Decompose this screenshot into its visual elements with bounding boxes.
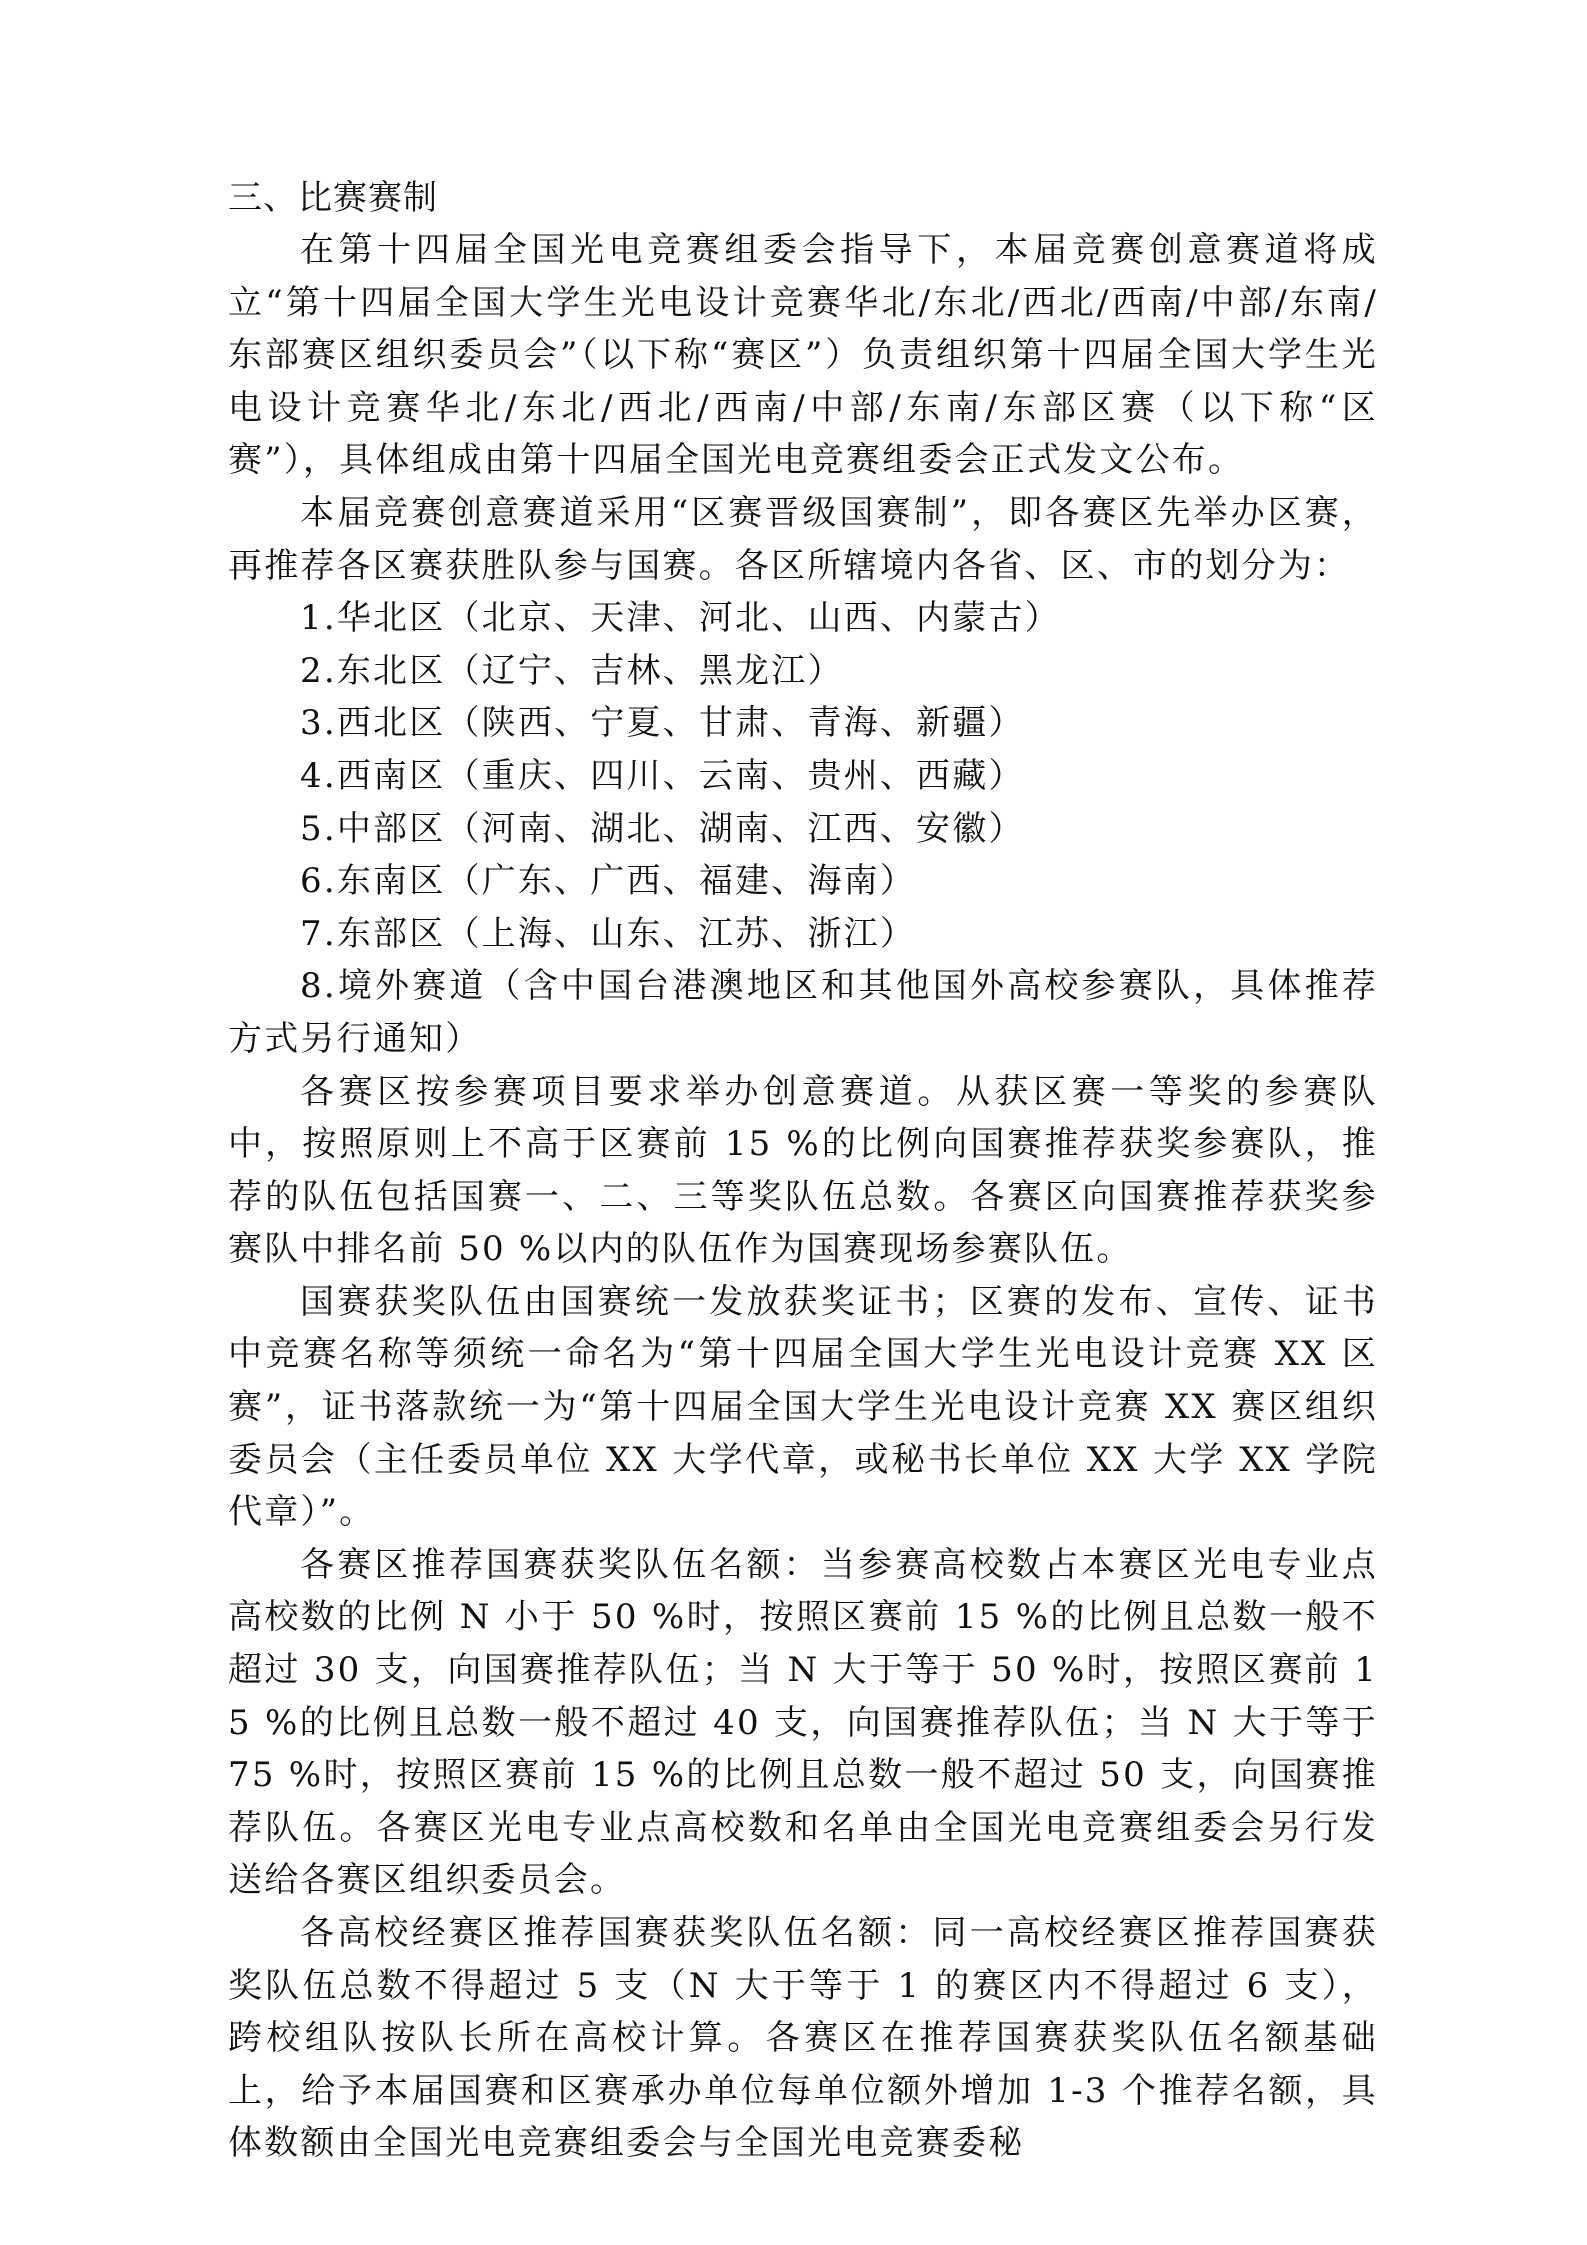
paragraph-school-quota: 各高校经赛区推荐国赛获奖队伍名额：同一高校经赛区推荐国赛获奖队伍总数不得超过 5… [228, 1907, 1378, 2170]
paragraph-region-quota: 各赛区推荐国赛获奖队伍名额：当参赛高校数占本赛区光电专业点高校数的比例 N 小于… [228, 1539, 1378, 1907]
document-page: 三、比赛赛制 在第十四届全国光电竞赛组委会指导下，本届竞赛创意赛道将成立“第十四… [228, 172, 1378, 2170]
region-item-northeast: 2.东北区（辽宁、吉林、黑龙江） [228, 645, 1378, 698]
section-heading: 三、比赛赛制 [228, 172, 1378, 224]
region-item-north-china: 1.华北区（北京、天津、河北、山西、内蒙古） [228, 592, 1378, 645]
region-list: 1.华北区（北京、天津、河北、山西、内蒙古） 2.东北区（辽宁、吉林、黑龙江） … [228, 592, 1378, 1065]
region-item-overseas: 8.境外赛道（含中国台港澳地区和其他国外高校参赛队，具体推荐方式另行通知） [228, 960, 1378, 1065]
region-item-central: 5.中部区（河南、湖北、湖南、江西、安徽） [228, 803, 1378, 856]
region-item-east: 7.东部区（上海、山东、江苏、浙江） [228, 908, 1378, 961]
region-item-southeast: 6.东南区（广东、广西、福建、海南） [228, 855, 1378, 908]
region-item-northwest: 3.西北区（陕西、宁夏、甘肃、青海、新疆） [228, 697, 1378, 750]
paragraph-recommendation-ratio: 各赛区按参赛项目要求举办创意赛道。从获区赛一等奖的参赛队中，按照原则上不高于区赛… [228, 1066, 1378, 1276]
paragraph-region-committees: 在第十四届全国光电竞赛组委会指导下，本届竞赛创意赛道将成立“第十四届全国大学生光… [228, 224, 1378, 487]
paragraph-promotion-system: 本届竞赛创意赛道采用“区赛晋级国赛制”，即各赛区先举办区赛，再推荐各区赛获胜队参… [228, 487, 1378, 592]
paragraph-certificates: 国赛获奖队伍由国赛统一发放获奖证书；区赛的发布、宣传、证书中竞赛名称等须统一命名… [228, 1276, 1378, 1539]
region-item-southwest: 4.西南区（重庆、四川、云南、贵州、西藏） [228, 750, 1378, 803]
